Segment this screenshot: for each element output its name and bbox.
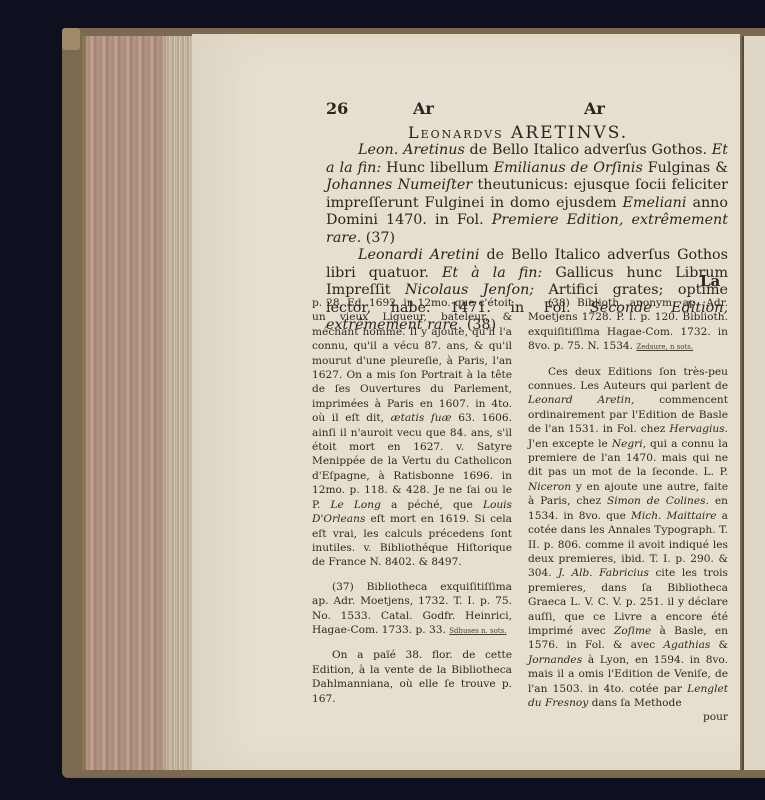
cover-corner <box>62 28 80 50</box>
text: & <box>710 639 728 651</box>
text: Hunc libellum <box>381 160 494 176</box>
notes-right-column: (38) Biblioth. anonym. ap. Adr. Moetjens… <box>528 296 728 735</box>
footnote-38: (38) Biblioth. anonym. ap. Adr. Moetjens… <box>528 296 728 355</box>
text: de Bello Italico adverſus Gothos. <box>465 142 712 158</box>
text-italic: Zoſime <box>614 625 651 637</box>
note-price: On a païé 38. flor. de cette Edition, à … <box>312 648 512 706</box>
text-italic: Le Long <box>330 499 380 511</box>
page-block-edge <box>82 36 196 770</box>
note-continued: p. 28. Ed. 1692. in 12mo. que c'étoit un… <box>312 296 512 570</box>
title-caps: ARETINVS. <box>511 123 628 143</box>
page-number: 26 <box>326 99 348 118</box>
footnote-ref-37: (37) <box>361 230 395 246</box>
running-head-right: Ar <box>584 99 605 118</box>
text-italic: Et à la fin: <box>442 265 542 281</box>
text-italic: Jornandes <box>528 654 582 666</box>
text-italic: Mich. Maittaire <box>631 510 717 522</box>
text: a péché, que <box>381 499 483 511</box>
text: 63. 1606. ainſi il n'auroit vecu que 84.… <box>312 412 512 510</box>
text-italic: Agathias <box>663 639 710 651</box>
text-italic: Simon de Colines. <box>607 495 709 507</box>
text-italic: Negri, <box>612 438 646 450</box>
text-italic: Niceron <box>528 481 571 493</box>
handwritten-annotation: Zedsure, n sots. <box>636 343 693 351</box>
catchword: La <box>700 272 720 290</box>
footnote-37: (37) Bibliotheca exquiſitiſſima ap. Adr.… <box>312 580 512 639</box>
text-italic: Hervagius. <box>669 423 728 435</box>
text-italic: Leonard Aretin, <box>528 394 634 406</box>
text-italic: Johannes Numeiſter <box>326 177 472 193</box>
text: p. 28. Ed. 1692. in 12mo. que c'étoit un… <box>312 297 512 424</box>
entry-author: Leon. Aretinus <box>358 142 465 158</box>
text: Fulginas & <box>643 160 728 176</box>
title-smallcaps: Leonardvs <box>408 123 504 142</box>
text: dans ſa Methode <box>588 697 681 709</box>
entry-author: Leonardi Aretini <box>358 247 480 263</box>
running-head-left: Ar <box>413 99 434 118</box>
text: Ces deux Editions ſon très-peu connues. … <box>528 366 728 392</box>
text: (38) Biblioth. anonym. ap. Adr. Moetjens… <box>528 297 728 352</box>
article-title: Leonardvs ARETINVS. <box>408 123 708 143</box>
text-italic: ætatis ſuæ <box>391 412 452 424</box>
running-head: 26 Ar Ar <box>326 99 726 119</box>
note-editions: Ces deux Editions ſon très-peu connues. … <box>528 365 728 711</box>
text-italic: J. Alb. Fabricius <box>558 567 649 579</box>
catchword-right: pour <box>528 710 728 724</box>
text-italic: Emeliani <box>623 195 687 211</box>
notes-left-column: p. 28. Ed. 1692. in 12mo. que c'étoit un… <box>312 296 512 716</box>
facing-page-edge <box>742 36 765 770</box>
entry-first-edition: Leon. Aretinus de Bello Italico adverſus… <box>326 142 728 247</box>
text-italic: Emilianus de Orſinis <box>494 160 643 176</box>
handwritten-annotation: Sdhuses n. sots. <box>449 627 506 635</box>
text: J'en excepte le <box>528 438 612 450</box>
